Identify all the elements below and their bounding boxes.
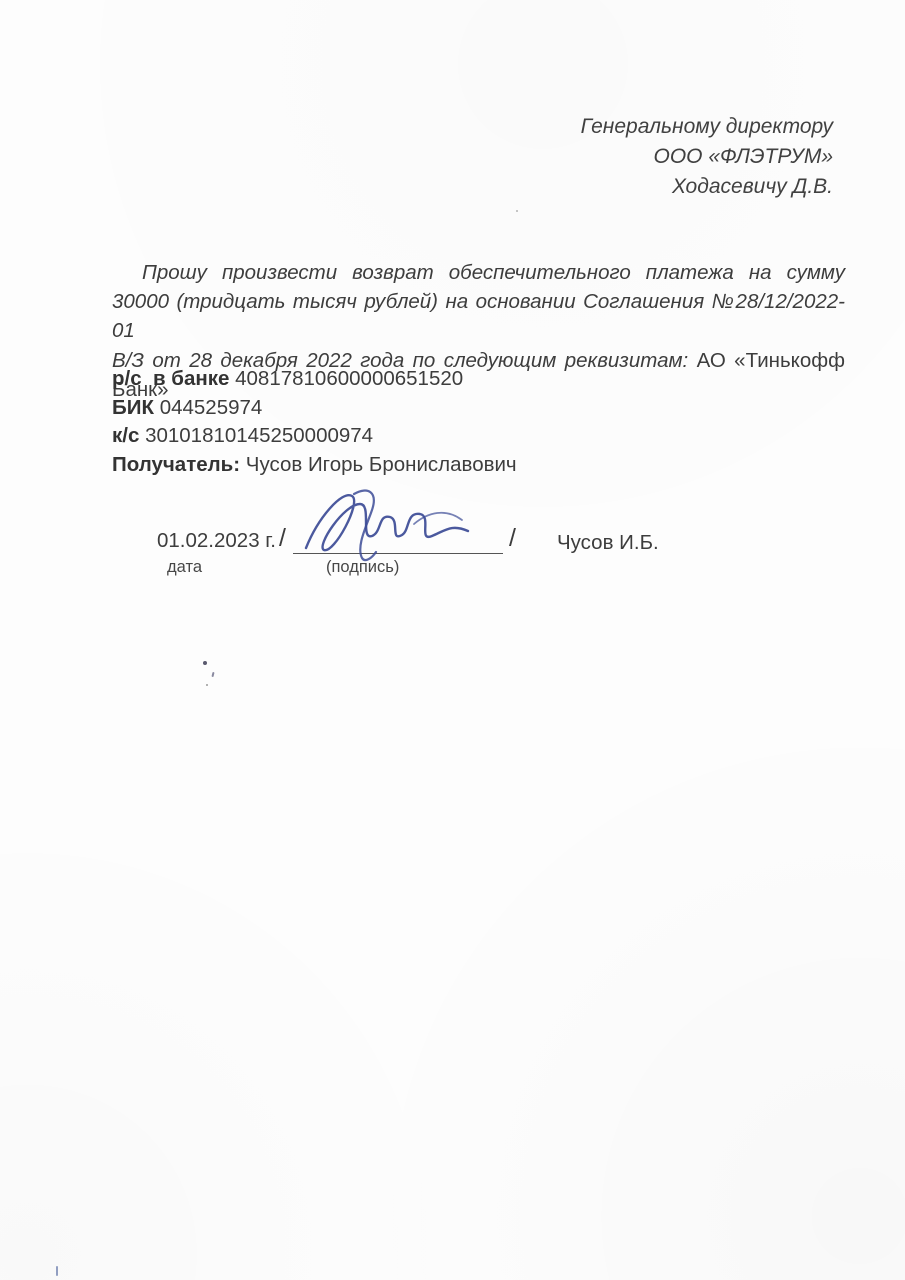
paragraph-line-3-bank-name: АО «Тинькофф [697,349,845,372]
account-number-line: р/с в банке 40817810600000651520 [112,365,517,394]
corr-account-line: к/с 30101810145250000974 [112,422,517,451]
recipient-value: Чусов Игорь Брониславович [246,453,517,476]
addressee-line-person: Ходасевичу Д.В. [581,172,833,202]
bik-line: БИК 044525974 [112,394,517,423]
signatory-name: Чусов И.Б. [557,531,659,555]
addressee-line-company: ООО «ФЛЭТРУМ» [581,142,833,172]
slash-left: / [279,524,286,553]
recipient-line: Получатель: Чусов Игорь Брониславович [112,451,517,480]
date-value: 01.02.2023 г. [157,529,276,553]
bik-label: БИК [112,396,160,419]
account-number-value: 40817810600000651520 [235,367,463,390]
bank-details-block: р/с в банке 40817810600000651520 БИК 044… [112,365,517,479]
scan-artifact [56,1266,58,1276]
scan-artifact [206,684,208,686]
account-number-label: р/с в банке [112,367,235,390]
paragraph-line-1: Прошу произвести возврат обеспечительног… [112,258,845,287]
scanned-letter-page: Генеральному директору ООО «ФЛЭТРУМ» Ход… [0,0,905,1280]
scan-artifact [203,661,207,665]
corr-account-label: к/с [112,424,145,447]
bik-value: 044525974 [160,396,263,419]
scan-artifact [516,210,518,212]
paragraph-line-2: 30000 (тридцать тысяч рублей) на основан… [112,287,845,345]
recipient-label: Получатель: [112,453,246,476]
slash-right: / [509,524,516,553]
addressee-line-position: Генеральному директору [581,112,833,142]
signature-stroke-main [306,495,468,550]
handwritten-signature-ink [296,484,478,566]
addressee-block: Генеральному директору ООО «ФЛЭТРУМ» Ход… [581,112,833,202]
scan-artifact [211,672,214,677]
date-caption: дата [167,558,202,577]
signature-caption: (подпись) [326,558,399,577]
corr-account-value: 30101810145250000974 [145,424,373,447]
